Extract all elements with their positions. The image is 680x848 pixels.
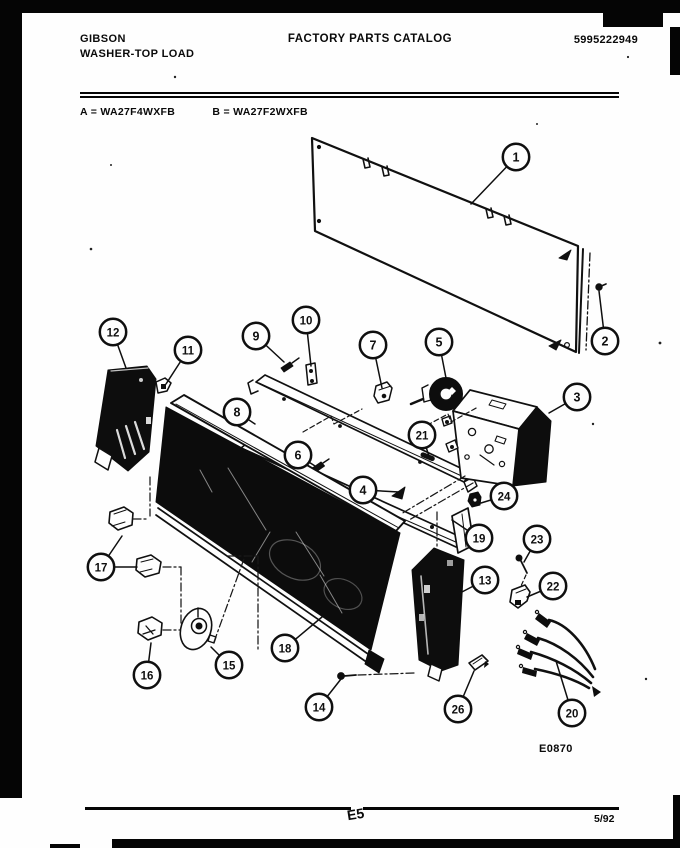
callout-number: 9: [253, 329, 260, 343]
callout-number: 17: [95, 562, 108, 574]
knob-17b-part: [136, 555, 161, 577]
callout-number: 26: [452, 704, 465, 716]
callout-number: 24: [498, 491, 511, 503]
rear-panel-screw-part: [596, 284, 606, 290]
screw-14-part: [338, 673, 356, 680]
catalog-page: GIBSON WASHER-TOP LOAD FACTORY PARTS CAT…: [0, 0, 680, 848]
callout-number: 14: [313, 702, 326, 714]
left-end-cap-part: [95, 366, 156, 471]
callout-number: 6: [295, 448, 302, 462]
callout-number: 23: [531, 534, 544, 546]
date-code: 5/92: [594, 813, 614, 825]
wire-harness-part: [516, 610, 601, 697]
nut-24-part: [468, 492, 481, 507]
callout-number: 22: [547, 581, 560, 593]
callout-number: 10: [300, 315, 313, 327]
page-code: E5: [346, 805, 365, 823]
right-end-cap-part: [412, 548, 464, 681]
clip-26-part: [469, 655, 489, 670]
exploded-parts-diagram: 1234567891011121314151617181920212223242…: [0, 0, 680, 848]
bracket-7-part: [374, 382, 392, 403]
footer-rule-right: [363, 807, 619, 810]
callout-number: 3: [574, 390, 581, 404]
rear-panel-part: [312, 138, 590, 353]
callout-number: 4: [360, 483, 367, 497]
screw-9-part: [281, 358, 299, 372]
callout-number: 12: [107, 327, 120, 339]
callout-number: 15: [223, 660, 236, 672]
callout-number: 18: [279, 643, 292, 655]
diagram-code: E0870: [539, 743, 573, 755]
callout-number: 19: [473, 533, 486, 545]
callout-number: 8: [234, 405, 241, 419]
callout-number: 16: [141, 670, 154, 682]
knob-16-part: [138, 617, 162, 640]
footer-rule-left: [85, 807, 351, 810]
callout-number: 13: [479, 575, 492, 587]
callout-number: 11: [182, 345, 195, 357]
callout-number: 2: [602, 334, 609, 348]
callout-number: 7: [370, 338, 377, 352]
callout-number: 21: [416, 430, 429, 442]
callout-number: 1: [513, 150, 520, 164]
knob-17a-part: [109, 507, 133, 530]
timer-dial-part: [411, 378, 463, 411]
callout-number: 20: [566, 708, 579, 720]
callout-number: 5: [436, 335, 443, 349]
